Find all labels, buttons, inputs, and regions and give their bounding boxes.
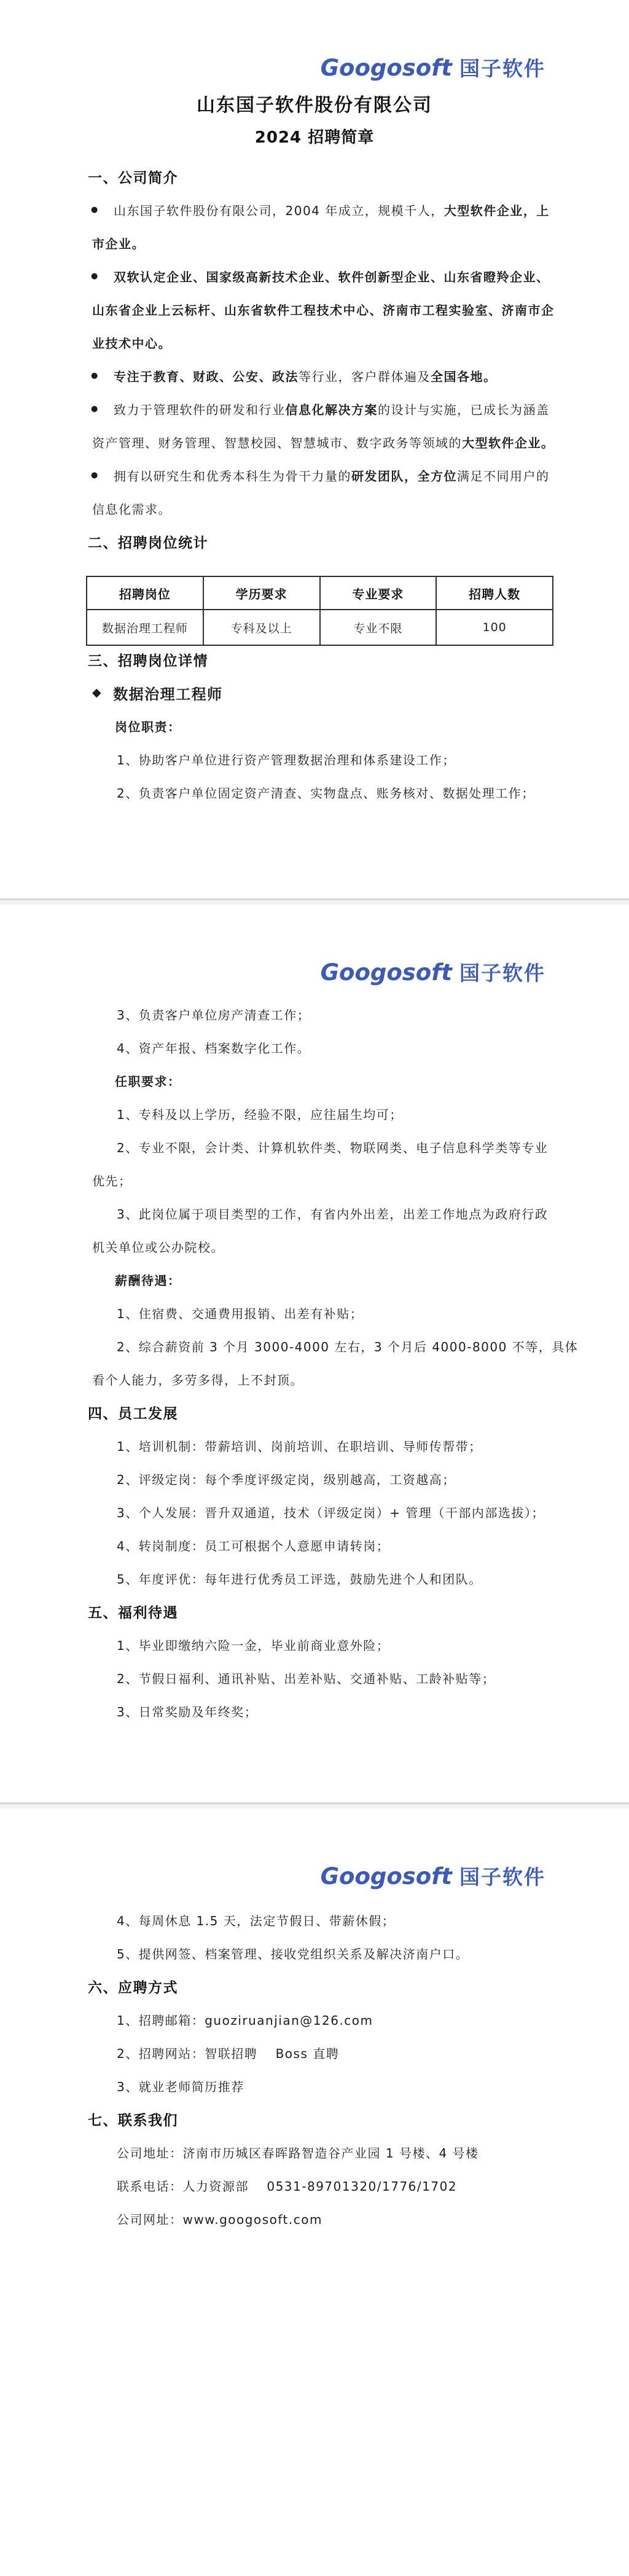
document-title: 山东国子软件股份有限公司: [0, 90, 629, 117]
line-text: 5、年度评优：每年进行优秀员工评选，鼓励先进个人和团队。: [117, 1569, 482, 1587]
line-text: 联系电话：人力资源部 0531-89701320/1776/1702: [117, 2177, 457, 2194]
cell-headcount: 100: [436, 610, 553, 645]
page-gap: [0, 898, 629, 905]
cell-position: 数据治理工程师: [87, 610, 203, 645]
line-text: 2、节假日福利、通讯补贴、出差补贴、交通补贴、工龄补贴等；: [117, 1669, 495, 1687]
line-text: 2、专业不限，会计类、计算机软件类、物联网类、电子信息科学类等专业: [117, 1138, 548, 1156]
brand-logo-cjk: 国子软件: [459, 961, 545, 985]
brand-logo-latin: Googosoft: [321, 959, 452, 986]
page-1: Googosoft国子软件 山东国子软件股份有限公司 2024 招聘简章 一、公…: [0, 0, 629, 898]
section-heading: 五、福利待遇: [0, 1595, 629, 1628]
brand-logo: Googosoft国子软件: [321, 957, 545, 986]
numbered-line: 2、节假日福利、通讯补贴、出差补贴、交通补贴、工龄补贴等；: [0, 1661, 629, 1694]
table-header-major: 专业要求: [320, 576, 437, 610]
line-text: 山东省企业上云标杆、山东省软件工程技术中心、济南市工程实验室、济南市企: [92, 300, 555, 318]
numbered-line: 1、培训机制：带薪培训、岗前培训、在职培训、导师传帮带；: [0, 1429, 629, 1462]
page-3: Googosoft国子软件 4、每周休息 1.5 天，法定节假日、带薪休假；5、…: [0, 1808, 629, 2576]
line-text: 岗位职责：: [115, 717, 181, 735]
line-text: 2、评级定岗：每个季度评级定岗，级别越高，工资越高；: [117, 1470, 456, 1488]
line-text: 1、招聘邮箱：guoziruanjian@126.com: [117, 2011, 373, 2028]
numbered-line: 3、此岗位属于项目类型的工作，有省内外出差，出差工作地点为政府行政: [0, 1196, 629, 1230]
bullet-icon: ●: [91, 371, 114, 380]
numbered-line: 2、综合薪资前 3 个月 3000-4000 左右，3 个月后 4000-800…: [0, 1329, 629, 1362]
line-text: 三、招聘岗位详情: [88, 650, 208, 670]
line-text: 3、负责客户单位房产清查工作；: [117, 1005, 310, 1023]
bullet-line: ●专注于教育、财政、公安、政法等行业，客户群体遍及全国各地。: [0, 359, 629, 392]
line-text: 数据治理工程师: [113, 682, 223, 704]
numbered-line: 2、负责客户单位固定资产清查、实物盘点、账务核对、数据处理工作；: [0, 776, 629, 809]
line-text: 致力于管理软件的研发和行业信息化解决方案的设计与实施，已成长为涵盖: [114, 400, 550, 418]
line-text: 一、公司简介: [88, 167, 178, 187]
sub-heading: 岗位职责：: [0, 709, 629, 742]
line-text: 专注于教育、财政、公安、政法等行业，客户群体遍及全国各地。: [114, 367, 497, 385]
numbered-line: 1、毕业即缴纳六险一金，毕业前商业意外险；: [0, 1628, 629, 1661]
bullet-icon: ●: [91, 471, 114, 480]
continuation-line: 优先；: [0, 1163, 629, 1196]
line-text: 公司地址：济南市历城区春晖路智造谷产业园 1 号楼、4 号楼: [117, 2143, 479, 2161]
bullet-line: ●双软认定企业、国家级高新技术企业、软件创新型企业、山东省瞪羚企业、: [0, 259, 629, 293]
line-text: 3、日常奖励及年终奖；: [117, 1702, 257, 1720]
line-text: 2、招聘网站：智联招聘 Boss 直聘: [117, 2044, 339, 2062]
line-text: 二、招聘岗位统计: [88, 532, 208, 552]
line-text: 拥有以研究生和优秀本科生为骨干力量的研发团队，全方位满足不同用户的: [114, 466, 550, 484]
line-text: 1、住宿费、交通费用报销、出差有补贴；: [117, 1304, 363, 1322]
table-header-headcount: 招聘人数: [436, 576, 553, 610]
bullet-line: ●山东国子软件股份有限公司，2004 年成立，规模千人，大型软件企业，上: [0, 193, 629, 226]
cell-major: 专业不限: [320, 610, 437, 645]
diamond-icon: ◆: [92, 686, 102, 699]
line-text: 4、转岗制度：员工可根据个人意愿申请转岗；: [117, 1536, 389, 1554]
numbered-line: 1、住宿费、交通费用报销、出差有补贴；: [0, 1296, 629, 1329]
text-line: 公司地址：济南市历城区春晖路智造谷产业园 1 号楼、4 号楼: [0, 2135, 629, 2169]
section-heading: 一、公司简介: [0, 160, 629, 193]
line-text: 1、毕业即缴纳六险一金，毕业前商业意外险；: [117, 1636, 389, 1654]
numbered-line: 4、转岗制度：员工可根据个人意愿申请转岗；: [0, 1528, 629, 1561]
bullet-icon: ●: [91, 205, 114, 214]
text-line: 公司网址：www.googosoft.com: [0, 2202, 629, 2235]
sub-heading: 薪酬待遇：: [0, 1263, 629, 1296]
cell-education: 专科及以上: [203, 610, 320, 645]
numbered-line: 3、负责客户单位房产清查工作；: [0, 997, 629, 1031]
line-text: 1、培训机制：带薪培训、岗前培训、在职培训、导师传帮带；: [117, 1437, 482, 1455]
bullet-line: ●拥有以研究生和优秀本科生为骨干力量的研发团队，全方位满足不同用户的: [0, 458, 629, 492]
document-viewer: { "brand": { "latin": "Googosoft", "cjk"…: [0, 0, 629, 2576]
job-detail-section: 三、招聘岗位详情◆数据治理工程师岗位职责：1、协助客户单位进行资产管理数据治理和…: [0, 643, 629, 809]
company-intro-section: 一、公司简介●山东国子软件股份有限公司，2004 年成立，规模千人，大型软件企业…: [0, 160, 629, 558]
numbered-line: 3、日常奖励及年终奖；: [0, 1694, 629, 1727]
bullet-icon: ●: [91, 272, 114, 281]
numbered-line: 1、招聘邮箱：guoziruanjian@126.com: [0, 2003, 629, 2036]
line-text: 四、员工发展: [88, 1402, 178, 1423]
brand-logo-latin: Googosoft: [321, 55, 452, 81]
line-text: 5、提供网签、档案管理、接收党组织关系及解决济南户口。: [117, 1944, 469, 1962]
bullet-icon: ●: [91, 404, 114, 414]
section-heading: 七、联系我们: [0, 2102, 629, 2135]
continuation-line: 山东省企业上云标杆、山东省软件工程技术中心、济南市工程实验室、济南市企: [0, 293, 629, 326]
line-text: 五、福利待遇: [88, 1601, 178, 1622]
line-text: 3、就业老师简历推荐: [117, 2077, 244, 2095]
table-header-position: 招聘岗位: [87, 576, 203, 610]
section-heading: 三、招聘岗位详情: [0, 643, 629, 676]
page-gap: [0, 1802, 629, 1808]
brand-logo-latin: Googosoft: [321, 1863, 452, 1890]
numbered-line: 3、就业老师简历推荐: [0, 2069, 629, 2102]
numbered-line: 5、提供网签、档案管理、接收党组织关系及解决济南户口。: [0, 1936, 629, 1969]
line-text: 2、负责客户单位固定资产清查、实物盘点、账务核对、数据处理工作；: [117, 783, 535, 801]
brand-logo: Googosoft国子软件: [321, 1861, 545, 1890]
line-text: 公司网址：www.googosoft.com: [117, 2210, 322, 2228]
line-text: 山东国子软件股份有限公司，2004 年成立，规模千人，大型软件企业，上: [114, 201, 550, 219]
continuation-line: 业技术中心。: [0, 326, 629, 359]
line-text: 4、每周休息 1.5 天，法定节假日、带薪休假；: [117, 1911, 395, 1929]
bullet-line: ●致力于管理软件的研发和行业信息化解决方案的设计与实施，已成长为涵盖: [0, 392, 629, 425]
table-row: 数据治理工程师 专科及以上 专业不限 100: [87, 610, 553, 645]
numbered-line: 3、个人发展：晋升双通道，技术（评级定岗）+ 管理（干部内部选拔）；: [0, 1495, 629, 1528]
brand-logo-cjk: 国子软件: [459, 1865, 545, 1889]
section-heading: 六、应聘方式: [0, 1969, 629, 2003]
numbered-line: 4、资产年报、档案数字化工作。: [0, 1031, 629, 1064]
document-subtitle: 2024 招聘简章: [0, 125, 629, 147]
table-header-row: 招聘岗位 学历要求 专业要求 招聘人数: [87, 576, 553, 610]
numbered-line: 5、年度评优：每年进行优秀员工评选，鼓励先进个人和团队。: [0, 1561, 629, 1595]
continuation-line: 机关单位或公办院校。: [0, 1230, 629, 1263]
numbered-line: 2、招聘网站：智联招聘 Boss 直聘: [0, 2036, 629, 2069]
table-header-education: 学历要求: [203, 576, 320, 610]
line-text: 看个人能力，多劳多得，上不封顶。: [92, 1370, 303, 1388]
job-positions-table: 招聘岗位 学历要求 专业要求 招聘人数 数据治理工程师 专科及以上 专业不限 1…: [86, 576, 553, 646]
numbered-line: 1、专科及以上学历，经验不限，应往届生均可；: [0, 1097, 629, 1130]
brand-logo-cjk: 国子软件: [459, 57, 545, 80]
line-text: 七、联系我们: [88, 2109, 178, 2129]
continuation-line: 市企业。: [0, 226, 629, 259]
line-text: 薪酬待遇：: [115, 1271, 181, 1289]
line-text: 3、此岗位属于项目类型的工作，有省内外出差，出差工作地点为政府行政: [117, 1204, 548, 1222]
brand-logo: Googosoft国子软件: [321, 53, 545, 82]
line-text: 2、综合薪资前 3 个月 3000-4000 左右，3 个月后 4000-800…: [117, 1337, 578, 1355]
line-text: 六、应聘方式: [88, 1976, 178, 1997]
numbered-line: 2、专业不限，会计类、计算机软件类、物联网类、电子信息科学类等专业: [0, 1130, 629, 1163]
line-text: 3、个人发展：晋升双通道，技术（评级定岗）+ 管理（干部内部选拔）；: [117, 1503, 545, 1521]
line-text: 信息化需求。: [92, 500, 171, 517]
text-line: 联系电话：人力资源部 0531-89701320/1776/1702: [0, 2169, 629, 2202]
document-canvas: Googosoft国子软件 山东国子软件股份有限公司 2024 招聘简章 一、公…: [0, 0, 629, 2576]
page-2: Googosoft国子软件 3、负责客户单位房产清查工作；4、资产年报、档案数字…: [0, 905, 629, 1802]
line-text: 机关单位或公办院校。: [92, 1238, 224, 1255]
numbered-line: 4、每周休息 1.5 天，法定节假日、带薪休假；: [0, 1903, 629, 1936]
continuation-line: 信息化需求。: [0, 492, 629, 525]
line-text: 业技术中心。: [92, 334, 171, 351]
line-text: 市企业。: [92, 234, 145, 252]
page-2-content: 3、负责客户单位房产清查工作；4、资产年报、档案数字化工作。任职要求：1、专科及…: [0, 997, 629, 1727]
line-text: 4、资产年报、档案数字化工作。: [117, 1039, 310, 1056]
numbered-line: 2、评级定岗：每个季度评级定岗，级别越高，工资越高；: [0, 1462, 629, 1495]
line-text: 1、专科及以上学历，经验不限，应往届生均可；: [117, 1105, 403, 1123]
line-text: 任职要求：: [115, 1072, 181, 1090]
line-text: 资产管理、财务管理、智慧校园、智慧城市、数字政务等领域的大型软件企业。: [92, 433, 555, 451]
section-heading: 四、员工发展: [0, 1396, 629, 1429]
line-text: 优先；: [92, 1171, 132, 1189]
sub-heading: 任职要求：: [0, 1064, 629, 1097]
line-text: 双软认定企业、国家级高新技术企业、软件创新型企业、山东省瞪羚企业、: [114, 267, 550, 285]
continuation-line: 资产管理、财务管理、智慧校园、智慧城市、数字政务等领域的大型软件企业。: [0, 425, 629, 458]
job-title-line: ◆数据治理工程师: [0, 676, 629, 709]
continuation-line: 看个人能力，多劳多得，上不封顶。: [0, 1362, 629, 1396]
section-heading: 二、招聘岗位统计: [0, 525, 629, 558]
line-text: 1、协助客户单位进行资产管理数据治理和体系建设工作；: [117, 750, 456, 768]
page-3-content: 4、每周休息 1.5 天，法定节假日、带薪休假；5、提供网签、档案管理、接收党组…: [0, 1903, 629, 2235]
numbered-line: 1、协助客户单位进行资产管理数据治理和体系建设工作；: [0, 742, 629, 776]
